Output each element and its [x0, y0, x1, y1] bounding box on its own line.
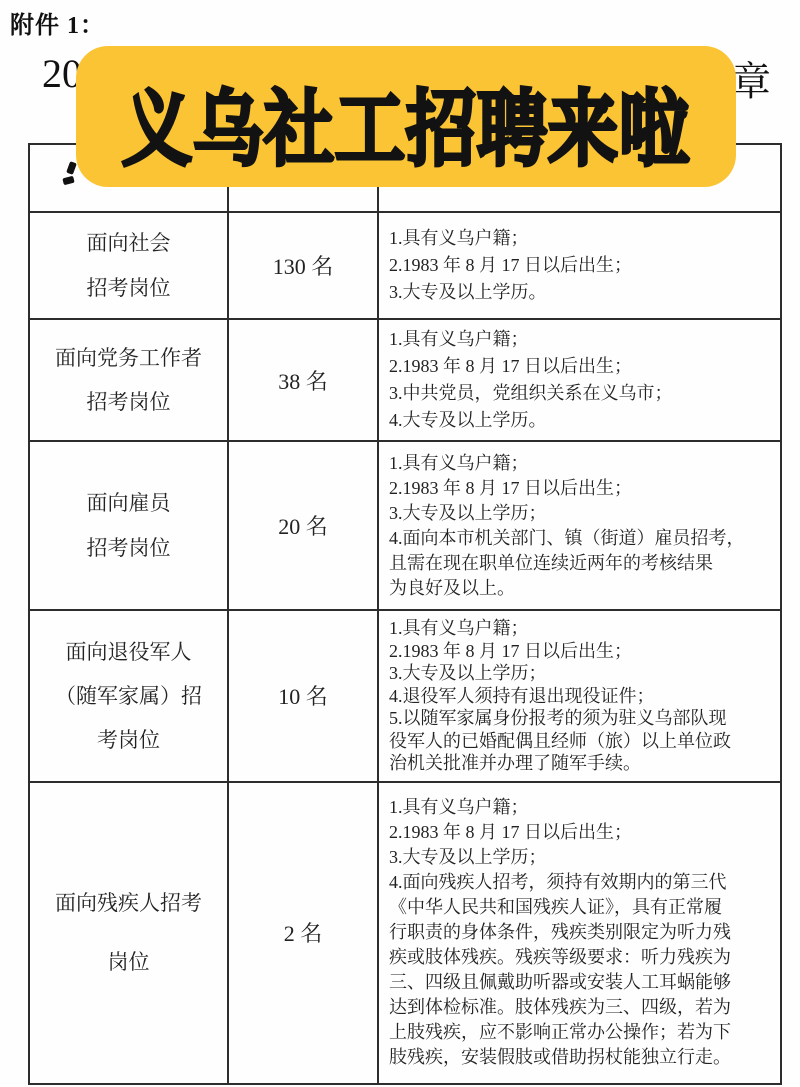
- conditions-cell: 1.具有义乌户籍； 2.1983 年 8 月 17 日以后出生； 3.大专及以上…: [378, 782, 781, 1084]
- promo-banner-text: 义乌社工招聘来啦: [122, 63, 690, 182]
- quota-cell: 38 名: [228, 319, 378, 441]
- table-row: 面向社会 招考岗位 130 名 1.具有义乌户籍； 2.1983 年 8 月 1…: [29, 212, 781, 319]
- conditions-cell: 1.具有义乌户籍； 2.1983 年 8 月 17 日以后出生； 3.大专及以上…: [378, 610, 781, 782]
- post-name-cell: 面向雇员 招考岗位: [29, 441, 228, 610]
- conditions-cell: 1.具有义乌户籍； 2.1983 年 8 月 17 日以后出生； 3.大专及以上…: [378, 212, 781, 319]
- promo-banner: 义乌社工招聘来啦: [76, 46, 736, 187]
- post-name-cell: 面向残疾人招考 岗位: [29, 782, 228, 1084]
- table-row: 面向雇员 招考岗位 20 名 1.具有义乌户籍； 2.1983 年 8 月 17…: [29, 441, 781, 610]
- table-row: 面向残疾人招考 岗位 2 名 1.具有义乌户籍； 2.1983 年 8 月 17…: [29, 782, 781, 1084]
- quota-cell: 10 名: [228, 610, 378, 782]
- attachment-label: 附件 1：: [10, 5, 105, 40]
- conditions-cell: 1.具有义乌户籍； 2.1983 年 8 月 17 日以后出生； 3.大专及以上…: [378, 441, 781, 610]
- post-name-cell: 面向退役军人 （随军家属）招 考岗位: [29, 610, 228, 782]
- quota-cell: 2 名: [228, 782, 378, 1084]
- table-row: 面向党务工作者 招考岗位 38 名 1.具有义乌户籍； 2.1983 年 8 月…: [29, 319, 781, 441]
- conditions-cell: 1.具有义乌户籍； 2.1983 年 8 月 17 日以后出生； 3.中共党员，…: [378, 319, 781, 441]
- document-title-fragment-right: 章: [731, 50, 771, 107]
- quota-cell: 20 名: [228, 441, 378, 610]
- document-page: 附件 1： 20 章 面向社会 招考岗位 130 名 1.具有义乌户籍； 2.1…: [0, 0, 800, 1087]
- recruitment-table: 面向社会 招考岗位 130 名 1.具有义乌户籍； 2.1983 年 8 月 1…: [28, 143, 782, 1085]
- post-name-cell: 面向党务工作者 招考岗位: [29, 319, 228, 441]
- quota-cell: 130 名: [228, 212, 378, 319]
- table-row: 面向退役军人 （随军家属）招 考岗位 10 名 1.具有义乌户籍； 2.1983…: [29, 610, 781, 782]
- post-name-cell: 面向社会 招考岗位: [29, 212, 228, 319]
